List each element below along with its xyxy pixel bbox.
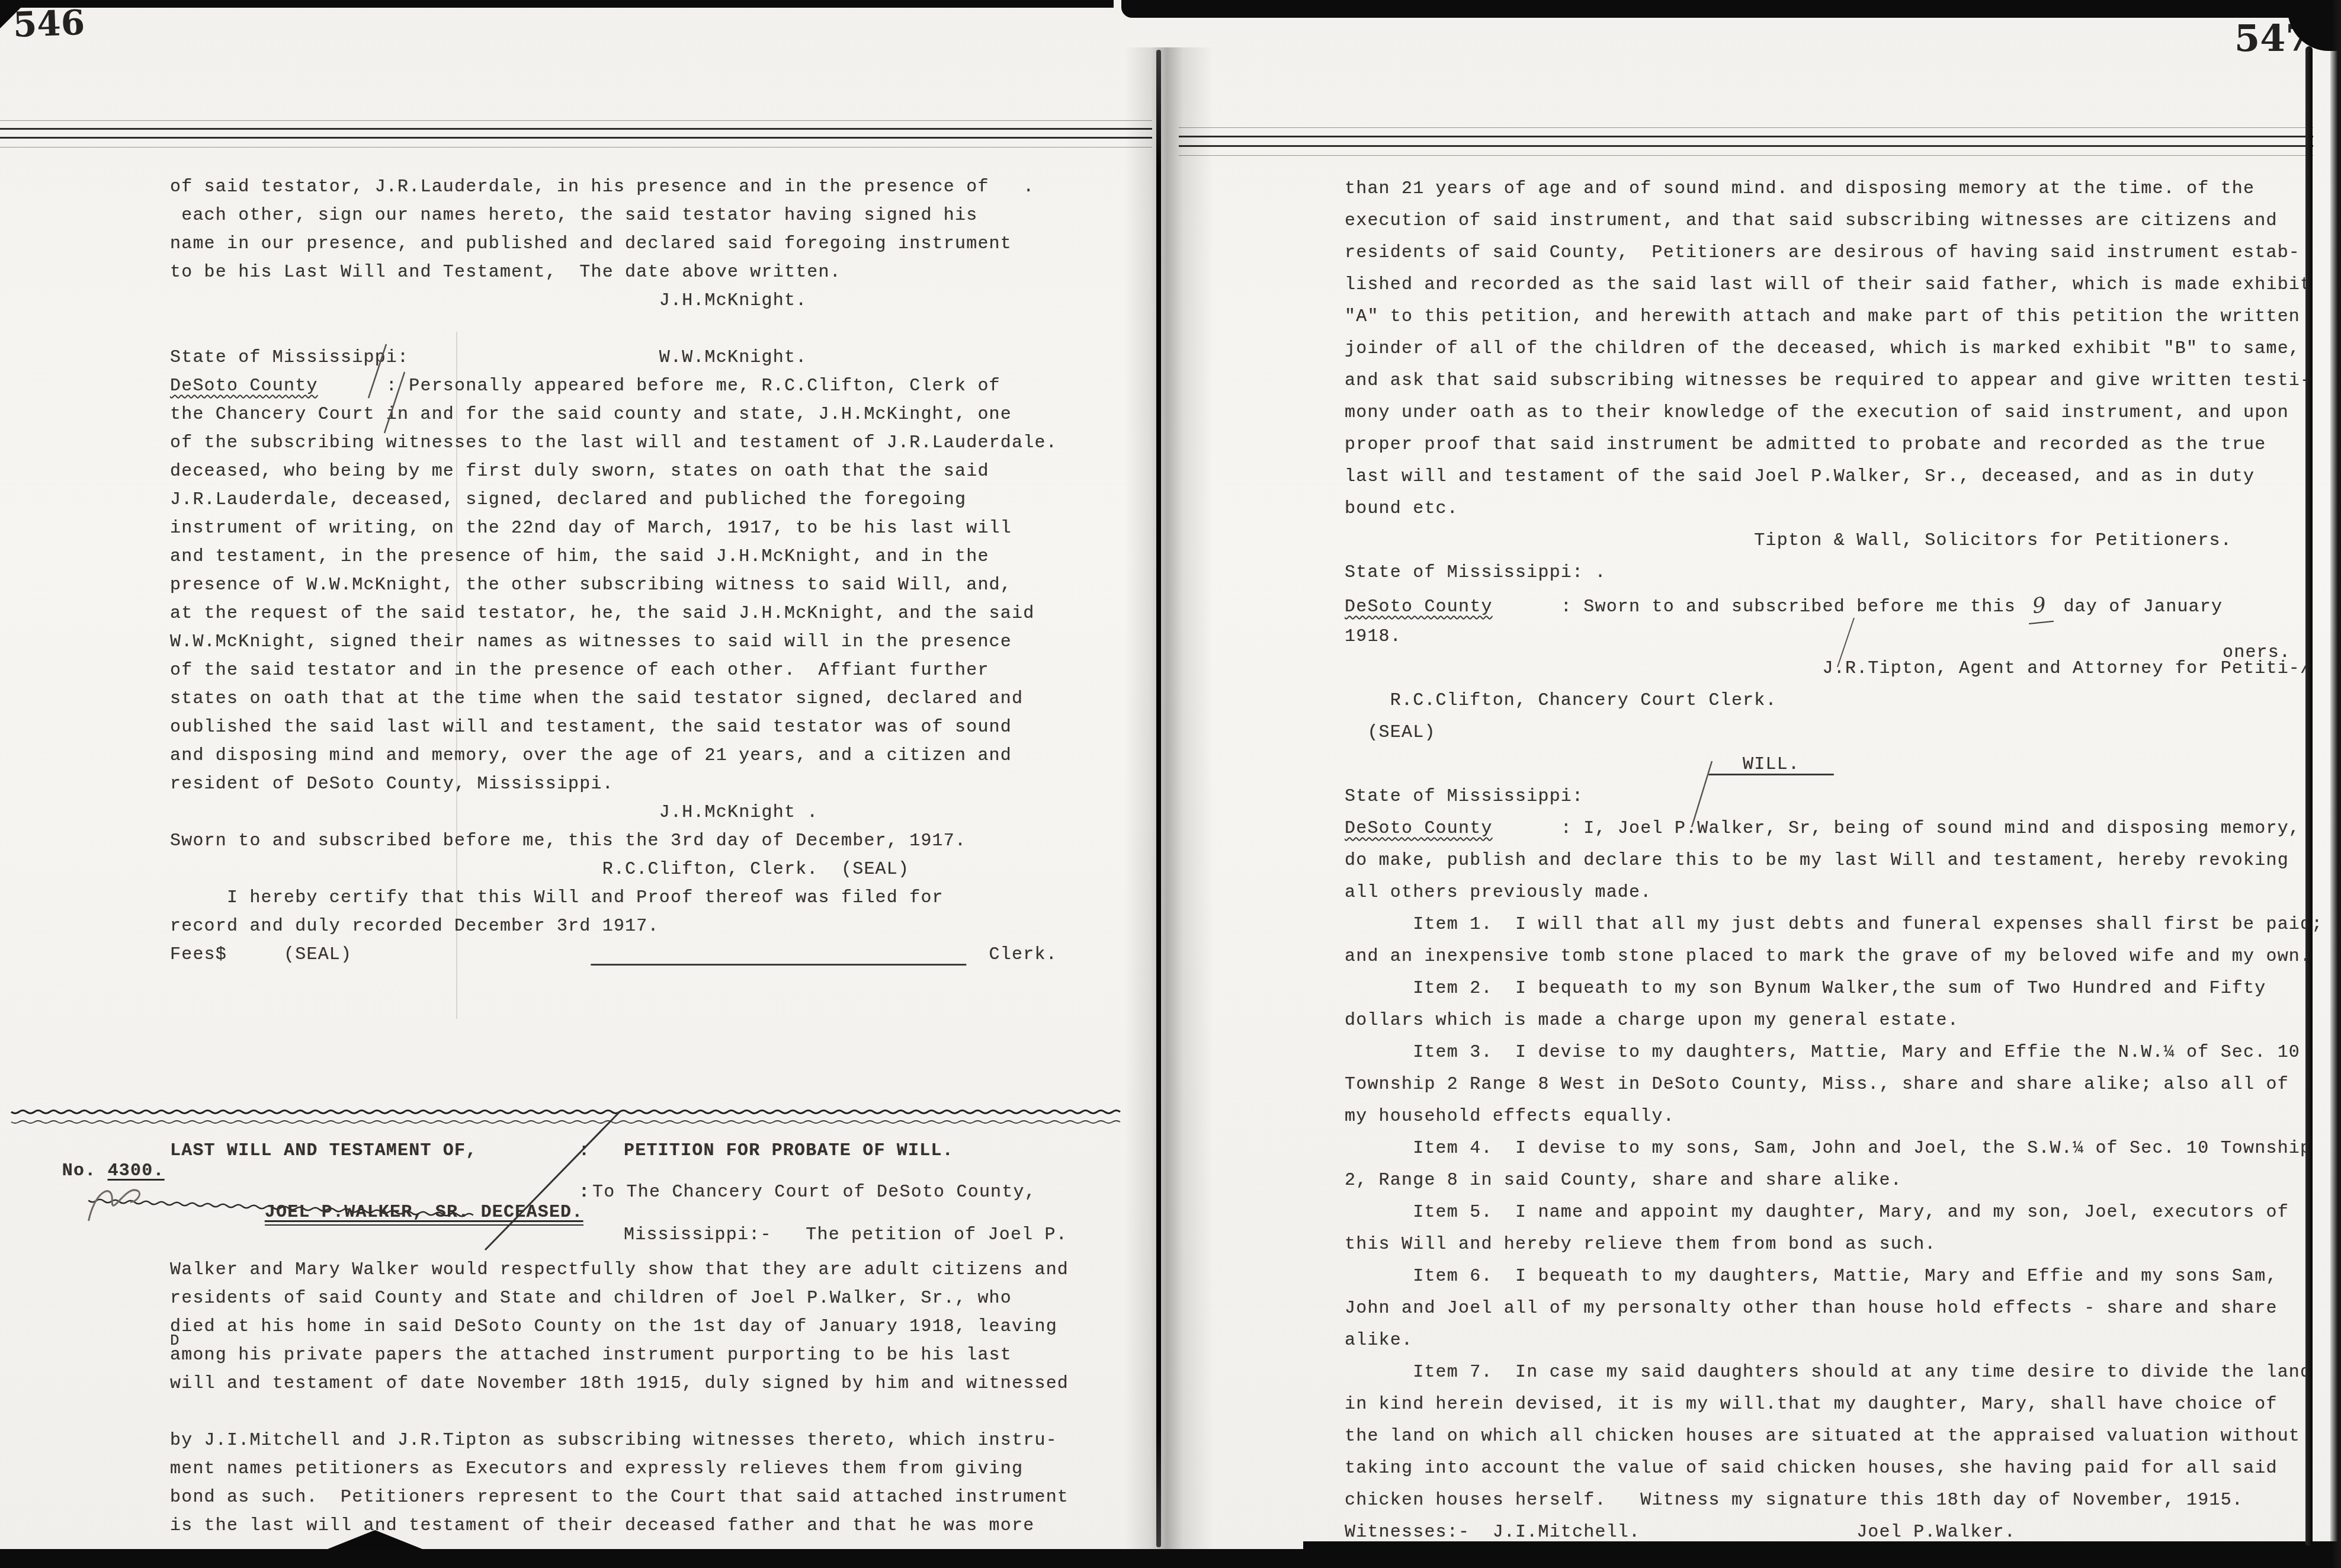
handwritten-slash [1689, 759, 1714, 829]
caption-court-address: To The Chancery Court of DeSoto County, [592, 1182, 1036, 1203]
paper-crease [456, 332, 457, 1019]
caption-decedent-name-text: JOEL P.WALKER, SR. DECEASED. [265, 1203, 583, 1226]
ruled-line [1179, 145, 2313, 147]
wrapped-word-fragment: oners. [2223, 643, 2291, 663]
ruled-line-faint [0, 120, 1152, 121]
scan-top-bar-right [1121, 0, 2341, 18]
ruled-line [0, 137, 1152, 139]
caption-petition-title: PETITION FOR PROBATE OF WILL. [624, 1141, 954, 1161]
book-fold-shadow [1124, 47, 1213, 1549]
right-page-body-text: than 21 years of age and of sound mind. … [1345, 173, 2322, 1568]
caption-decedent-name: JOEL P.WALKER, SR. DECEASED. [219, 1182, 583, 1243]
book-fold-line [1156, 50, 1161, 1547]
case-number: No. 4300. [17, 1141, 165, 1201]
stray-typed-character: D [170, 1332, 180, 1349]
caption-title-line1: LAST WILL AND TESTAMENT OF, [170, 1141, 477, 1161]
page-number-left: 546 [12, 2, 85, 45]
scan-right-edge [2330, 0, 2341, 1568]
ruled-line-faint [1179, 155, 2313, 156]
left-page-body-text: of said testator, J.R.Lauderdale, in his… [170, 173, 1094, 969]
page-right: 547 than 21 years of age and of sound mi… [1179, 0, 2341, 1568]
caption-separator: : [579, 1141, 590, 1161]
ruled-line-faint [1179, 127, 2313, 128]
page-left: 546 of said testator, J.R.Lauderdale, in… [0, 0, 1152, 1568]
page-edge-line [2305, 46, 2313, 1546]
scan-bottom-bar-right [1303, 1541, 2341, 1568]
caption-petition-open: Mississippi:- The petition of Joel P. [624, 1225, 1067, 1245]
caption-separator: : [579, 1182, 590, 1203]
ruled-line-faint [0, 147, 1152, 147]
handwritten-slash [382, 370, 407, 435]
case-number-prefix: No. [62, 1161, 108, 1181]
ruled-line [1179, 136, 2313, 137]
handwritten-slash [1835, 616, 1856, 669]
scan-top-bar-left [0, 0, 1114, 8]
ruled-line [0, 128, 1152, 130]
case-number-value: 4300. [108, 1161, 165, 1181]
left-page-bottom-text: Walker and Mary Walker would respectfull… [170, 1256, 1118, 1540]
